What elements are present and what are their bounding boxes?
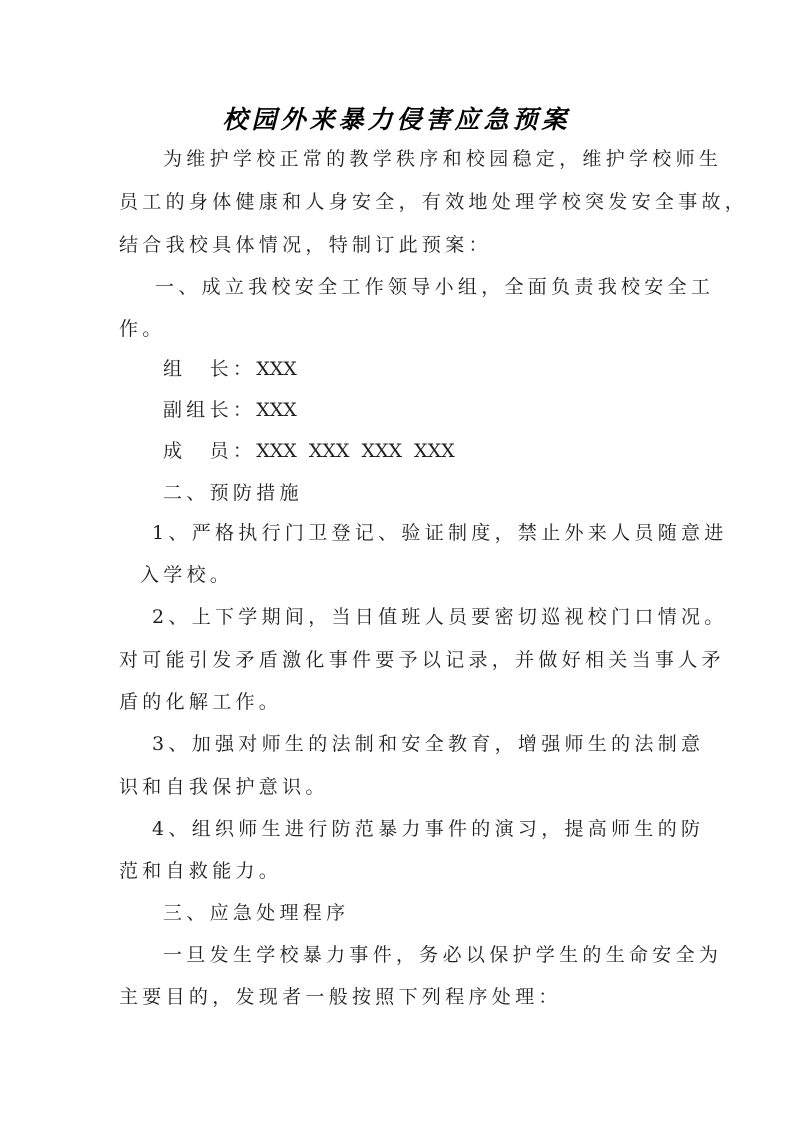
- item1-line-2: 入学校。: [140, 563, 233, 587]
- section1-heading-line-2: 作。: [119, 317, 166, 341]
- member-row-members: 成 员：XXX XXX XXX XXX: [163, 439, 455, 463]
- item2-line-1: 2、上下学期间，当日值班人员要密切巡视校门口情况。: [152, 605, 728, 629]
- item3-line-2: 识和自我保护意识。: [119, 775, 329, 799]
- member-role: 成 员：: [163, 440, 256, 462]
- document-page: 校园外来暴力侵害应急预案 为维护学校正常的教学秩序和校园稳定，维护学校师生 员工…: [0, 0, 793, 1122]
- intro-line-3: 结合我校具体情况，特制订此预案：: [119, 233, 492, 257]
- member-names: XXX XXX XXX XXX: [256, 440, 454, 462]
- section3-line-1: 一旦发生学校暴力事件，务必以保护学生的生命安全为: [163, 943, 722, 967]
- member-row-leader: 组 长：XXX: [163, 357, 297, 381]
- intro-line-1: 为维护学校正常的教学秩序和校园稳定，维护学校师生: [163, 147, 722, 171]
- section3-line-2: 主要目的，发现者一般按照下列程序处理：: [119, 985, 562, 1009]
- member-role: 副组长：: [163, 399, 256, 421]
- intro-line-2: 员工的身体健康和人身安全，有效地处理学校突发安全事故，: [119, 190, 748, 214]
- document-title: 校园外来暴力侵害应急预案: [0, 100, 793, 136]
- section3-heading: 三、应急处理程序: [163, 901, 349, 925]
- member-role: 组 长：: [163, 358, 256, 380]
- member-names: XXX: [256, 358, 297, 380]
- item3-line-1: 3、加强对师生的法制和安全教育，增强师生的法制意: [152, 732, 704, 756]
- member-row-deputy: 副组长：XXX: [163, 398, 297, 422]
- section2-heading: 二、预防措施: [163, 481, 303, 505]
- item4-line-2: 范和自救能力。: [119, 859, 282, 883]
- member-names: XXX: [256, 399, 297, 421]
- item2-line-3: 盾的化解工作。: [119, 690, 282, 714]
- item1-line-1: 1、严格执行门卫登记、验证制度，禁止外来人员随意进: [152, 521, 728, 545]
- section1-heading-line-1: 一、成立我校安全工作领导小组，全面负责我校安全工: [155, 275, 714, 299]
- item2-line-2: 对可能引发矛盾激化事件要予以记录，并做好相关当事人矛: [119, 648, 725, 672]
- item4-line-1: 4、组织师生进行防范暴力事件的演习，提高师生的防: [152, 817, 704, 841]
